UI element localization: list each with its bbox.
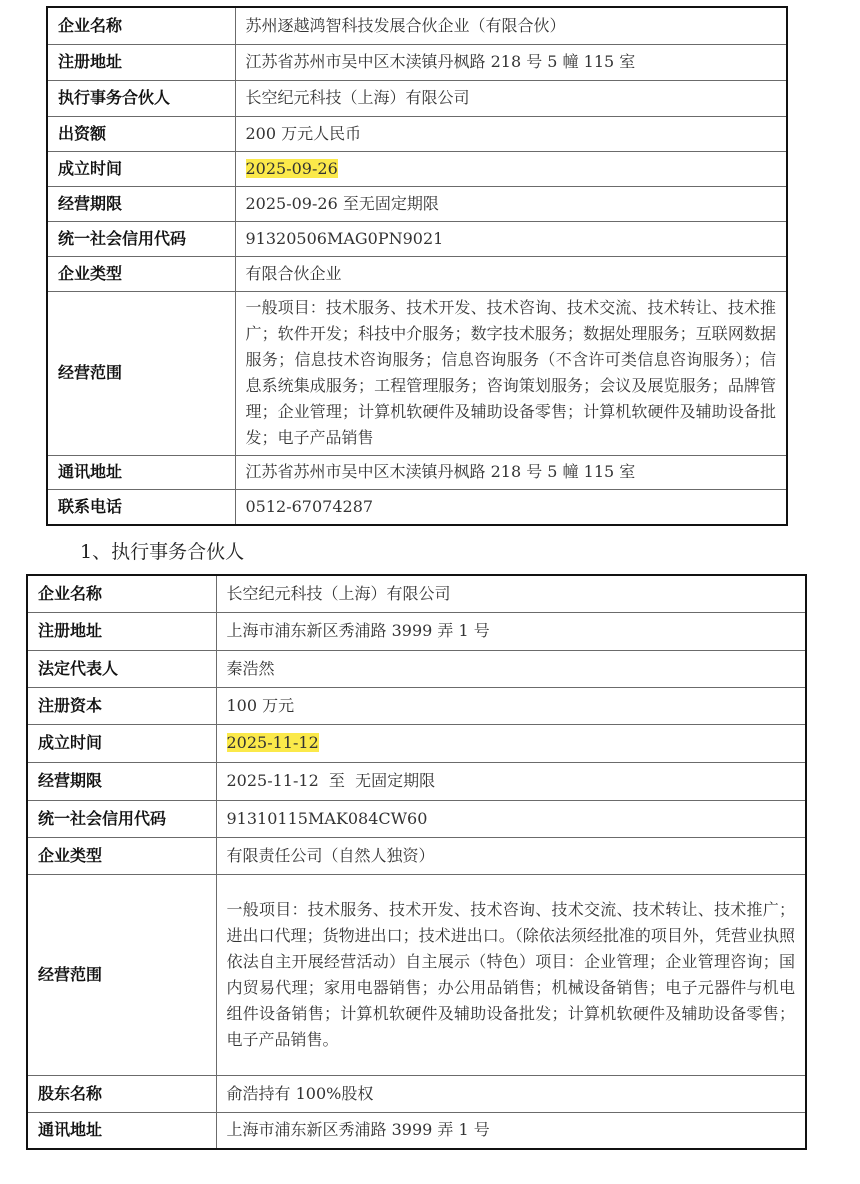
label-registered-address: 注册地址 — [27, 612, 216, 650]
label-mailing-address: 通讯地址 — [27, 1112, 216, 1149]
value-enterprise-type: 有限合伙企业 — [235, 256, 787, 291]
executive-partner-info-table: 企业名称 长空纪元科技（上海）有限公司 注册地址 上海市浦东新区秀浦路 3999… — [26, 574, 807, 1150]
table-row: 注册资本 100 万元 — [27, 687, 806, 724]
value-enterprise-name: 长空纪元科技（上海）有限公司 — [216, 575, 806, 612]
label-credit-code: 统一社会信用代码 — [47, 221, 235, 256]
table-row: 通讯地址 上海市浦东新区秀浦路 3999 弄 1 号 — [27, 1112, 806, 1149]
label-business-scope: 经营范围 — [47, 291, 235, 455]
label-phone: 联系电话 — [47, 489, 235, 525]
label-executive-partner: 执行事务合伙人 — [47, 80, 235, 116]
table-row: 统一社会信用代码 91320506MAG0PN9021 — [47, 221, 787, 256]
table-row: 经营范围 一般项目：技术服务、技术开发、技术咨询、技术交流、技术转让、技术推广；… — [27, 874, 806, 1075]
table-row: 统一社会信用代码 91310115MAK084CW60 — [27, 800, 806, 837]
table-row: 成立时间 2025-09-26 — [47, 151, 787, 186]
value-phone: 0512-67074287 — [235, 489, 787, 525]
table-row: 注册地址 上海市浦东新区秀浦路 3999 弄 1 号 — [27, 612, 806, 650]
value-enterprise-type: 有限责任公司（自然人独资） — [216, 837, 806, 874]
value-mailing-address: 江苏省苏州市吴中区木渎镇丹枫路 218 号 5 幢 115 室 — [235, 455, 787, 489]
table-row: 出资额 200 万元人民币 — [47, 116, 787, 151]
label-enterprise-name: 企业名称 — [27, 575, 216, 612]
value-mailing-address: 上海市浦东新区秀浦路 3999 弄 1 号 — [216, 1112, 806, 1149]
value-established-date: 2025-11-12 — [216, 724, 806, 762]
section-heading: 1、执行事务合伙人 — [80, 537, 244, 564]
table-row: 股东名称 俞浩持有 100%股权 — [27, 1075, 806, 1112]
label-operating-period: 经营期限 — [47, 186, 235, 221]
value-executive-partner: 长空纪元科技（上海）有限公司 — [235, 80, 787, 116]
value-legal-representative: 秦浩然 — [216, 650, 806, 687]
label-legal-representative: 法定代表人 — [27, 650, 216, 687]
value-business-scope: 一般项目：技术服务、技术开发、技术咨询、技术交流、技术转让、技术推广；软件开发；… — [235, 291, 787, 455]
table-row: 执行事务合伙人 长空纪元科技（上海）有限公司 — [47, 80, 787, 116]
value-capital-contribution: 200 万元人民币 — [235, 116, 787, 151]
label-shareholder: 股东名称 — [27, 1075, 216, 1112]
value-credit-code: 91320506MAG0PN9021 — [235, 221, 787, 256]
value-registered-address: 江苏省苏州市吴中区木渎镇丹枫路 218 号 5 幢 115 室 — [235, 44, 787, 80]
label-mailing-address: 通讯地址 — [47, 455, 235, 489]
label-enterprise-name: 企业名称 — [47, 7, 235, 44]
label-credit-code: 统一社会信用代码 — [27, 800, 216, 837]
value-shareholder: 俞浩持有 100%股权 — [216, 1075, 806, 1112]
value-operating-period: 2025-09-26 至无固定期限 — [235, 186, 787, 221]
label-enterprise-type: 企业类型 — [47, 256, 235, 291]
table-row: 企业类型 有限合伙企业 — [47, 256, 787, 291]
table-row: 通讯地址 江苏省苏州市吴中区木渎镇丹枫路 218 号 5 幢 115 室 — [47, 455, 787, 489]
partnership-info-table: 企业名称 苏州逐越鸿智科技发展合伙企业（有限合伙） 注册地址 江苏省苏州市吴中区… — [46, 6, 788, 526]
value-established-date: 2025-09-26 — [235, 151, 787, 186]
table-row: 联系电话 0512-67074287 — [47, 489, 787, 525]
value-enterprise-name: 苏州逐越鸿智科技发展合伙企业（有限合伙） — [235, 7, 787, 44]
table-row: 成立时间 2025-11-12 — [27, 724, 806, 762]
label-established-date: 成立时间 — [27, 724, 216, 762]
table-row: 经营期限 2025-11-12 至 无固定期限 — [27, 762, 806, 800]
table-row: 企业名称 长空纪元科技（上海）有限公司 — [27, 575, 806, 612]
table-row: 企业名称 苏州逐越鸿智科技发展合伙企业（有限合伙） — [47, 7, 787, 44]
label-registered-capital: 注册资本 — [27, 687, 216, 724]
value-registered-capital: 100 万元 — [216, 687, 806, 724]
label-enterprise-type: 企业类型 — [27, 837, 216, 874]
label-business-scope: 经营范围 — [27, 874, 216, 1075]
highlighted-date: 2025-09-26 — [246, 159, 338, 178]
label-registered-address: 注册地址 — [47, 44, 235, 80]
label-operating-period: 经营期限 — [27, 762, 216, 800]
table-row: 注册地址 江苏省苏州市吴中区木渎镇丹枫路 218 号 5 幢 115 室 — [47, 44, 787, 80]
highlighted-date: 2025-11-12 — [227, 733, 319, 752]
value-registered-address: 上海市浦东新区秀浦路 3999 弄 1 号 — [216, 612, 806, 650]
table-row: 经营期限 2025-09-26 至无固定期限 — [47, 186, 787, 221]
table-row: 法定代表人 秦浩然 — [27, 650, 806, 687]
table-row: 经营范围 一般项目：技术服务、技术开发、技术咨询、技术交流、技术转让、技术推广；… — [47, 291, 787, 455]
table-row: 企业类型 有限责任公司（自然人独资） — [27, 837, 806, 874]
value-credit-code: 91310115MAK084CW60 — [216, 800, 806, 837]
label-capital-contribution: 出资额 — [47, 116, 235, 151]
value-operating-period: 2025-11-12 至 无固定期限 — [216, 762, 806, 800]
label-established-date: 成立时间 — [47, 151, 235, 186]
value-business-scope: 一般项目：技术服务、技术开发、技术咨询、技术交流、技术转让、技术推广；进出口代理… — [216, 874, 806, 1075]
